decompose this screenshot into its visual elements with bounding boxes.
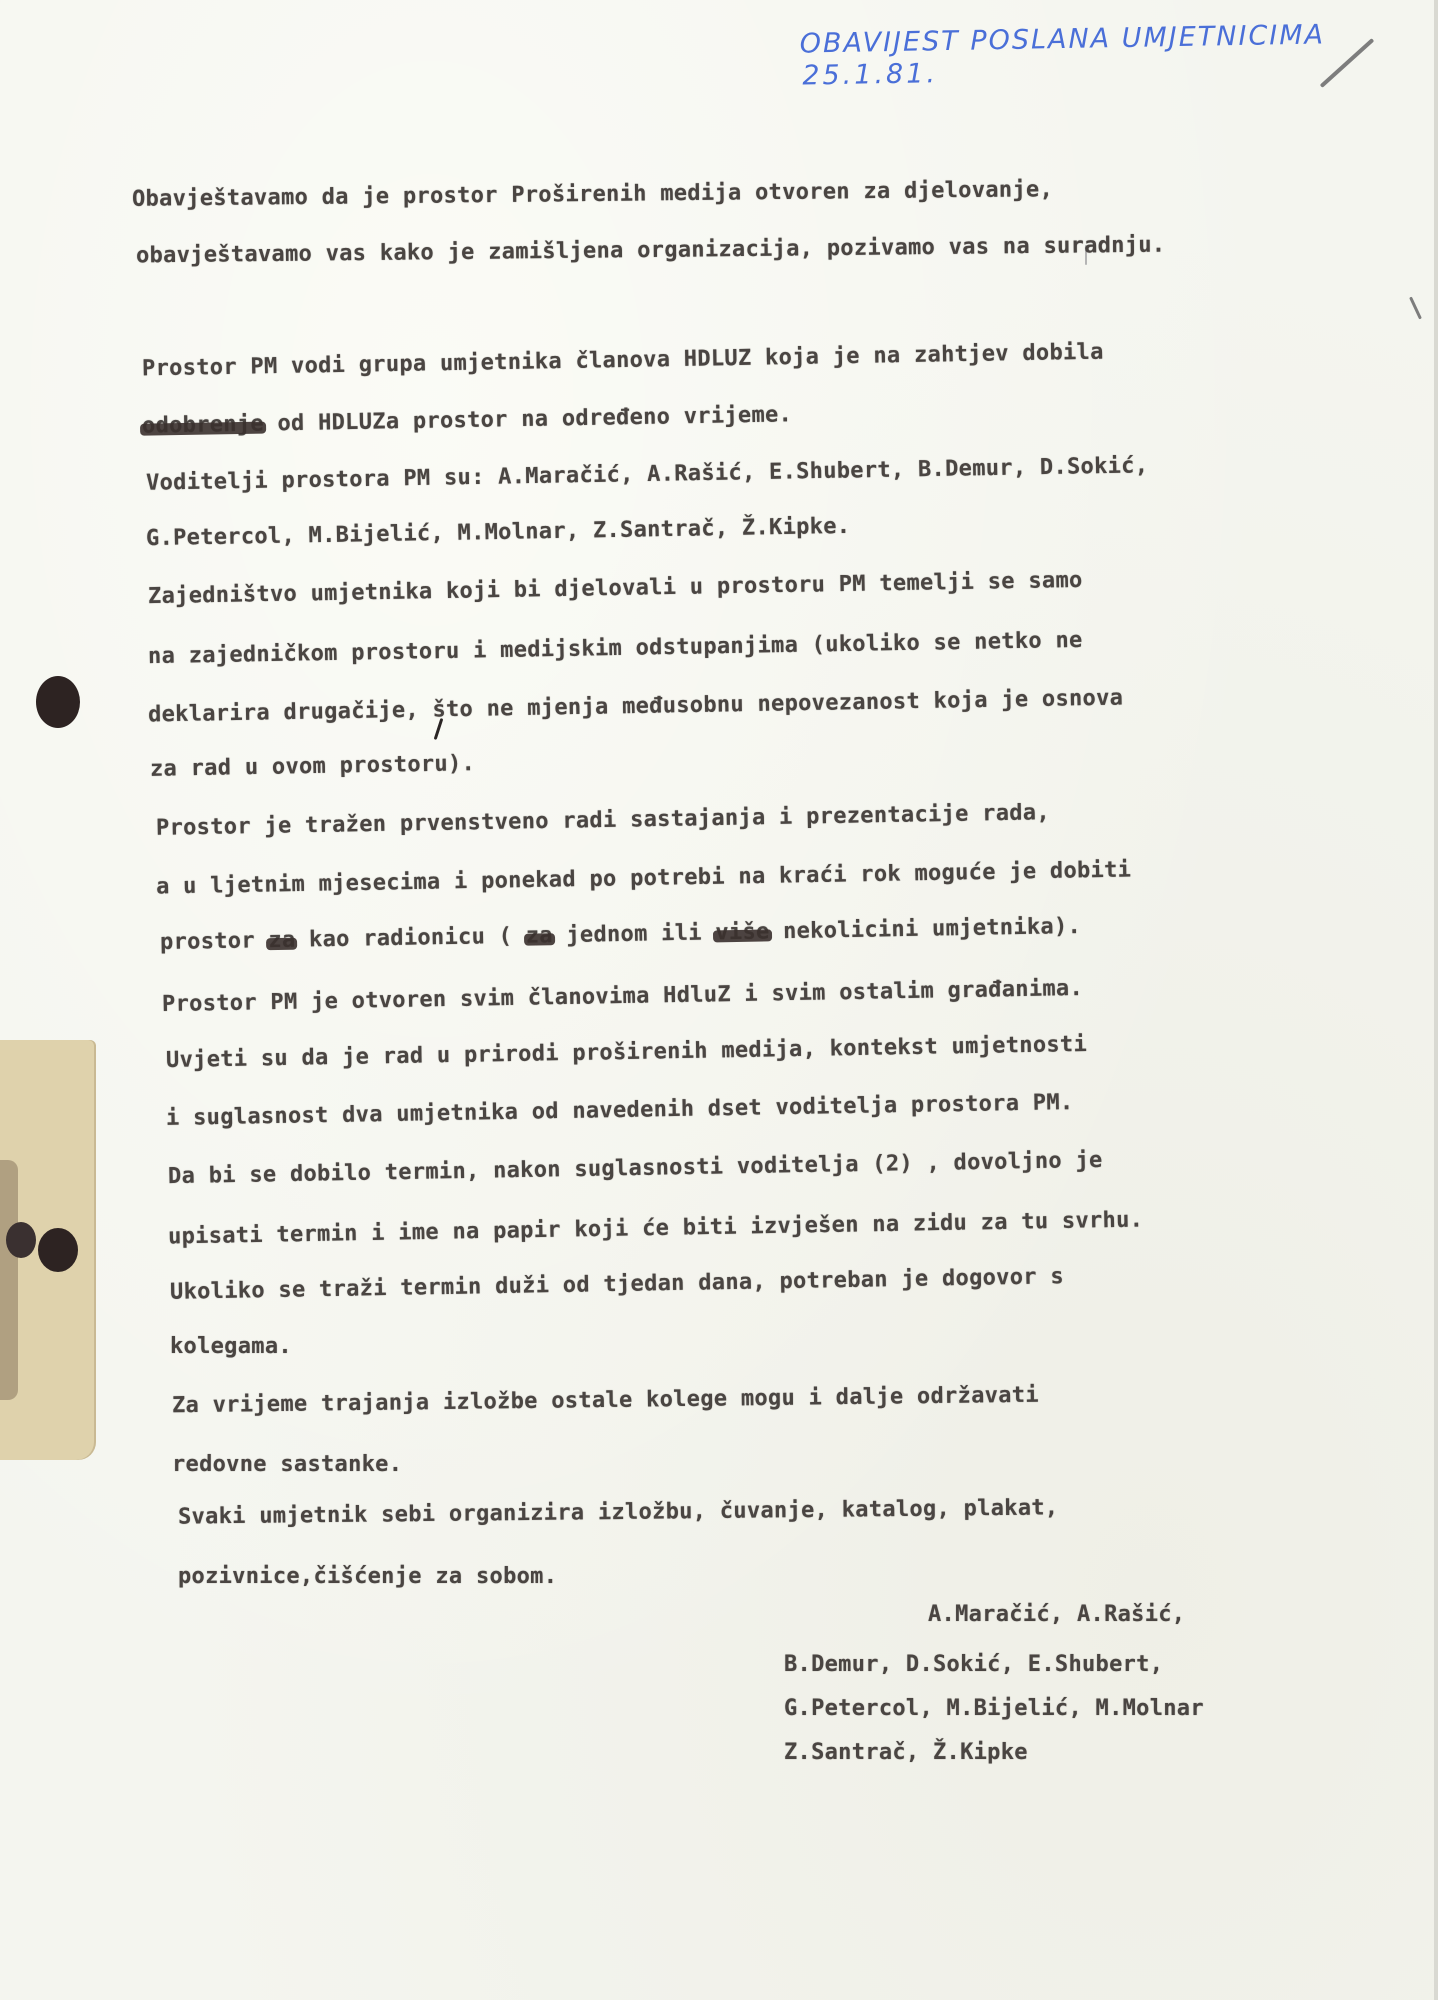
punch-hole: [36, 676, 80, 728]
paragraph-1-line-1: Obavještavamo da je prostor Proširenih m…: [132, 177, 1053, 212]
paragraph-2-line-15: Da bi se dobilo termin, nakon suglasnost…: [168, 1148, 1103, 1189]
text-segment: kao radionicu (: [295, 924, 526, 953]
struck-word: za: [526, 923, 554, 948]
paragraph-2-line-10: a u ljetnim mjesecima i ponekad po potre…: [156, 857, 1132, 899]
paragraph-2-line-17: Ukoliko se traži termin duži od tjedan d…: [170, 1264, 1064, 1305]
struck-word: odobrenje: [142, 412, 264, 439]
paragraph-2-line-7: deklarira drugačije, što ne mjenja međus…: [148, 685, 1124, 727]
paragraph-2-line-20: redovne sastanke.: [172, 1452, 402, 1477]
paragraph-1-line-2: obavještavamo vas kako je zamišljena org…: [136, 233, 1166, 269]
struck-word: više: [715, 919, 770, 945]
punch-hole: [38, 1228, 78, 1272]
pencil-mark: [1409, 296, 1422, 319]
paragraph-2-line-18: kolegama.: [170, 1334, 292, 1359]
handwritten-note: OBAVIJEST POSLANA UMJETNICIMA 25.1.81.: [799, 19, 1325, 92]
page-edge: [1434, 0, 1438, 2000]
paragraph-2-line-4: G.Petercol, M.Bijelić, M.Molnar, Z.Santr…: [146, 514, 851, 551]
text-segment: prostor: [160, 928, 269, 955]
signature-line-1: A.Maračić, A.Rašić,: [928, 1602, 1185, 1627]
paragraph-2-line-13: Uvjeti su da je rad u prirodi proširenih…: [166, 1032, 1087, 1073]
punch-hole: [6, 1222, 36, 1258]
paragraph-2-line-11: prostor za kao radionicu ( za jednom ili…: [160, 914, 1081, 955]
scanned-document-page: OBAVIJEST POSLANA UMJETNICIMA 25.1.81. O…: [0, 0, 1438, 2000]
text-segment: jednom ili: [553, 920, 716, 948]
paragraph-2-line-3: Voditelji prostora PM su: A.Maračić, A.R…: [146, 453, 1149, 495]
paragraph-2-line-9: Prostor je tražen prvenstveno radi sasta…: [156, 800, 1050, 841]
paragraph-2-line-8: za rad u ovom prostoru).: [150, 751, 475, 782]
signature-line-4: Z.Santrač, Ž.Kipke: [784, 1740, 1028, 1765]
struck-word: za: [268, 928, 296, 953]
paragraph-2-line-12: Prostor PM je otvoren svim članovima Hdl…: [162, 976, 1083, 1017]
text-segment: od HDLUZa prostor na određeno vrijeme.: [264, 402, 793, 436]
signature-line-3: G.Petercol, M.Bijelić, M.Molnar: [784, 1696, 1204, 1721]
paragraph-2-line-5: Zajedništvo umjetnika koji bi djelovali …: [148, 568, 1083, 609]
text-segment: nekolicini umjetnika).: [769, 914, 1081, 944]
paragraph-2-line-2: odobrenje od HDLUZa prostor na određeno …: [142, 402, 793, 438]
signature-line-2: B.Demur, D.Sokić, E.Shubert,: [784, 1652, 1163, 1677]
paragraph-2-line-14: i suglasnost dva umjetnika od navedenih …: [166, 1090, 1074, 1131]
paragraph-2-line-6: na zajedničkom prostoru i medijskim odst…: [148, 628, 1083, 669]
paragraph-2-line-21: Svaki umjetnik sebi organizira izložbu, …: [178, 1495, 1059, 1529]
pencil-mark: [1320, 38, 1375, 88]
paragraph-2-line-16: upisati termin i ime na papir koji će bi…: [168, 1207, 1144, 1249]
paragraph-2-line-1: Prostor PM vodi grupa umjetnika članova …: [142, 340, 1104, 382]
paragraph-2-line-19: Za vrijeme trajanja izložbe ostale koleg…: [172, 1383, 1039, 1419]
paragraph-2-line-22: pozivnice,čišćenje za sobom.: [178, 1564, 557, 1589]
